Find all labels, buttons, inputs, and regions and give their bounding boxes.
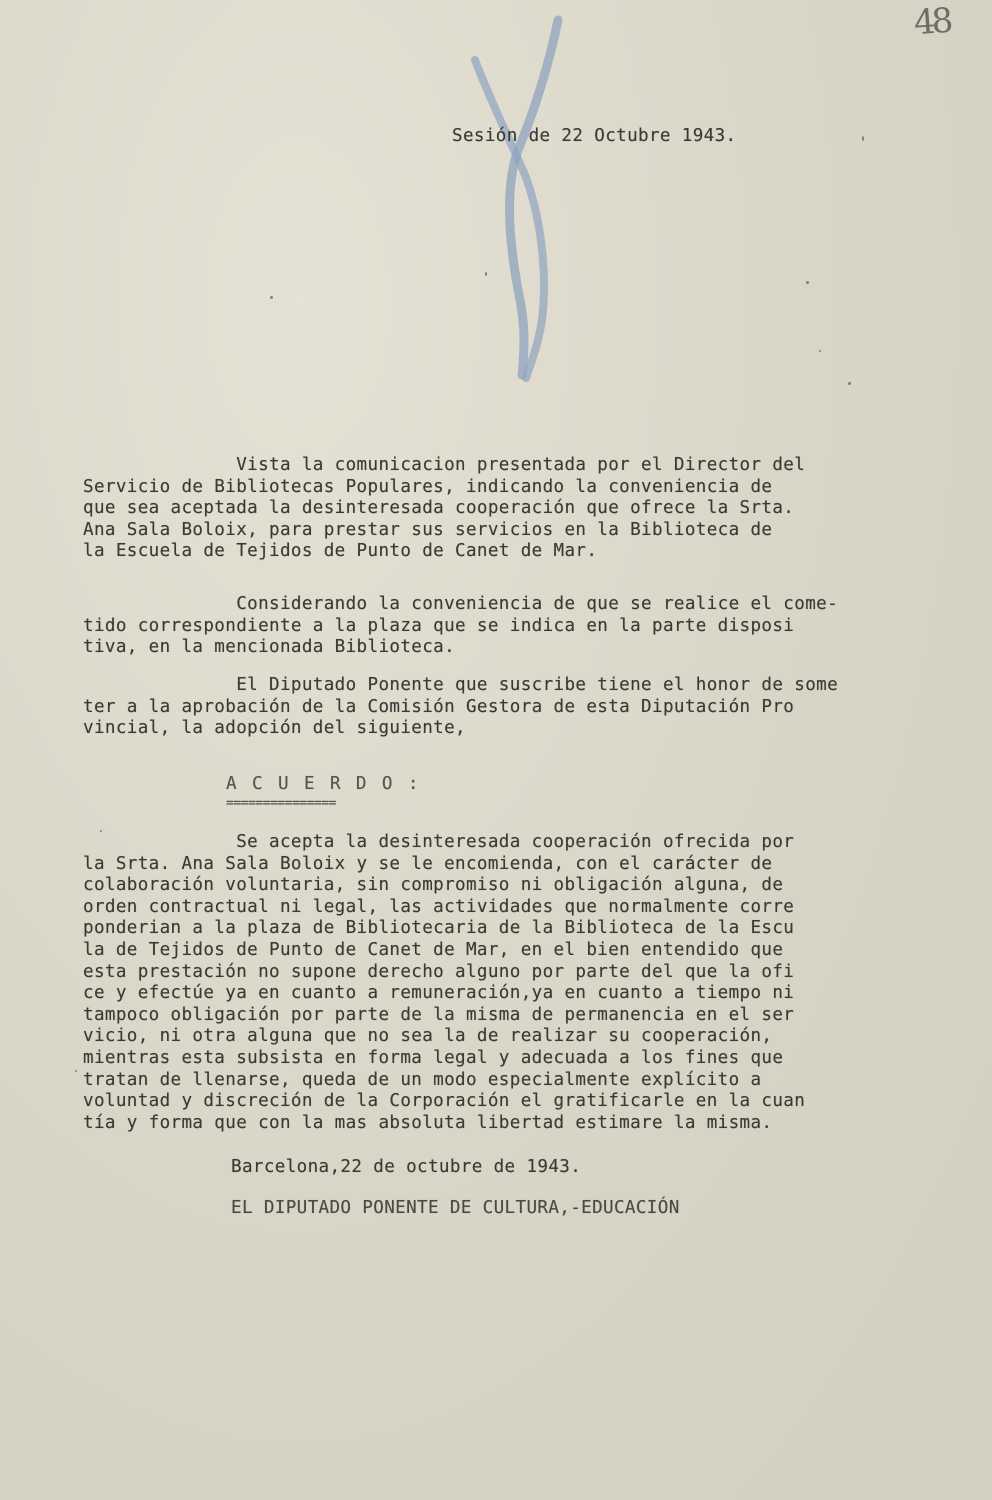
- text-line: tiva, en la mencionada Biblioteca.: [83, 637, 838, 659]
- paper-speck: [819, 350, 821, 352]
- text-line: la de Tejidos de Punto de Canet de Mar, …: [83, 940, 805, 962]
- session-header: Sesión de 22 Octubre 1943.: [452, 126, 737, 148]
- document-page: 48 Sesión de 22 Octubre 1943. Vista la c…: [0, 0, 992, 1500]
- paper-speck: [75, 1070, 77, 1072]
- paper-speck: [862, 136, 864, 141]
- agreement-body: Se acepta la desinteresada cooperación o…: [83, 832, 805, 1134]
- text-line: la Srta. Ana Sala Boloix y se le encomie…: [83, 854, 805, 876]
- text-line: Se acepta la desinteresada cooperación o…: [83, 832, 805, 854]
- agreement-underline: ===============: [226, 793, 336, 815]
- paragraph-vista: Vista la comunicacion presentada por el …: [83, 455, 805, 563]
- text-line: tampoco obligación por parte de la misma…: [83, 1005, 805, 1027]
- blue-pencil-mark-icon: [440, 0, 640, 390]
- text-line: ponderian a la plaza de Bibliotecaria de…: [83, 918, 805, 940]
- paragraph-diputado-ponente: El Diputado Ponente que suscribe tiene e…: [83, 675, 838, 740]
- text-line: esta prestación no supone derecho alguno…: [83, 962, 805, 984]
- text-line: voluntad y discreción de la Corporación …: [83, 1091, 805, 1113]
- text-line: la Escuela de Tejidos de Punto de Canet …: [83, 541, 805, 563]
- place-date: Barcelona,22 de octubre de 1943.: [231, 1157, 581, 1179]
- text-line: vincial, la adopción del siguiente,: [83, 718, 838, 740]
- text-line: Vista la comunicacion presentada por el …: [83, 455, 805, 477]
- paper-speck: [806, 281, 809, 284]
- text-line: tía y forma que con la mas absoluta libe…: [83, 1113, 805, 1135]
- text-line: El Diputado Ponente que suscribe tiene e…: [83, 675, 838, 697]
- paper-speck: [270, 296, 273, 299]
- text-line: Ana Sala Boloix, para prestar sus servic…: [83, 520, 805, 542]
- text-line: tratan de llenarse, queda de un modo esp…: [83, 1070, 805, 1092]
- text-line: colaboración voluntaria, sin compromiso …: [83, 875, 805, 897]
- text-line: vicio, ni otra alguna que no sea la de r…: [83, 1026, 805, 1048]
- text-line: ter a la aprobación de la Comisión Gesto…: [83, 697, 838, 719]
- text-line: tido correspondiente a la plaza que se i…: [83, 616, 838, 638]
- handwritten-page-number: 48: [913, 1, 951, 43]
- signature-line: EL DIPUTADO PONENTE DE CULTURA,-EDUCACIÓ…: [231, 1198, 680, 1220]
- paper-speck: [848, 382, 851, 385]
- text-line: Considerando la conveniencia de que se r…: [83, 594, 838, 616]
- text-line: orden contractual ni legal, las activida…: [83, 897, 805, 919]
- text-line: Servicio de Bibliotecas Populares, indic…: [83, 477, 805, 499]
- text-line: mientras esta subsista en forma legal y …: [83, 1048, 805, 1070]
- paragraph-considerando: Considerando la conveniencia de que se r…: [83, 594, 838, 659]
- text-line: ce y efectúe ya en cuanto a remuneración…: [83, 983, 805, 1005]
- text-line: que sea aceptada la desinteresada cooper…: [83, 498, 805, 520]
